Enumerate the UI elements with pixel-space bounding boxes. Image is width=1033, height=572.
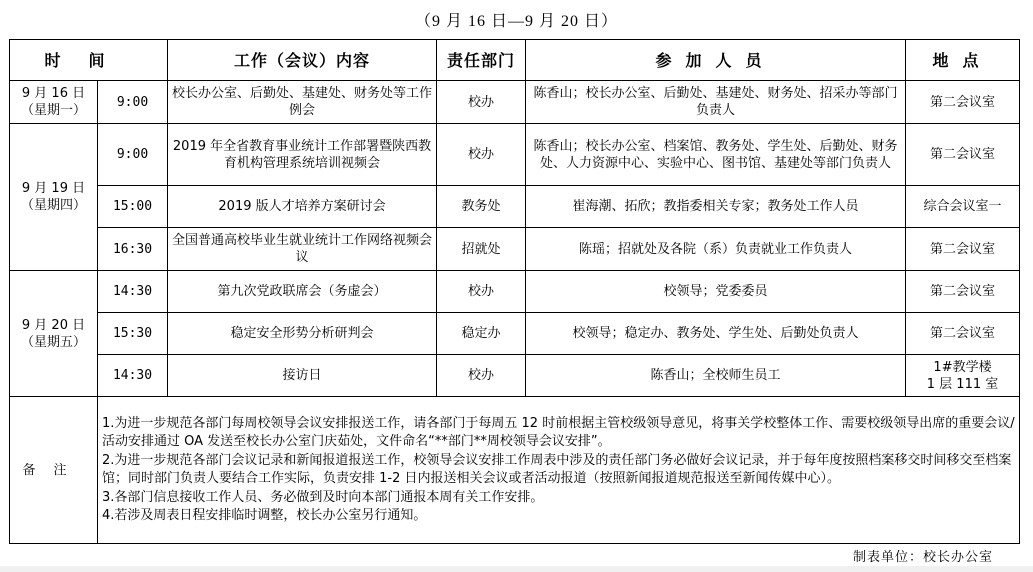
content-cell: 稳定安全形势分析研判会 <box>168 313 437 355</box>
location-cell: 1#教学楼 1 层 111 室 <box>906 355 1020 397</box>
location-cell: 第二会议室 <box>906 313 1020 355</box>
page-bottom-edge <box>0 566 1033 572</box>
location-cell: 第二会议室 <box>906 81 1020 124</box>
department-cell: 校办 <box>437 81 526 124</box>
time-cell: 14:30 <box>98 271 168 313</box>
date-range-title: （9 月 16 日—9 月 20 日） <box>0 8 1033 31</box>
location-cell: 第二会议室 <box>906 124 1020 186</box>
department-cell: 教务处 <box>437 186 526 228</box>
content-cell: 2019 年全省教育事业统计工作部署暨陕西教育机构管理系统培训视频会 <box>168 124 437 186</box>
table-row: 9 月 19 日 （星期四） 9:00 2019 年全省教育事业统计工作部署暨陕… <box>10 124 1020 186</box>
notes-label: 备注 <box>10 397 98 544</box>
header-content: 工作（会议）内容 <box>168 40 437 81</box>
content-cell: 全国普通高校毕业生就业统计工作网络视频会议 <box>168 228 437 271</box>
header-time: 时间 <box>10 40 168 81</box>
note-item: 2.为进一步规范各部门会议记录和新闻报道报送工作，校领导会议安排工作周表中涉及的… <box>102 452 1015 489</box>
notes-content: 1.为进一步规范各部门每周校领导会议安排报送工作，请各部门于每周五 12 时前根… <box>98 397 1020 544</box>
table-row: 16:30 全国普通高校毕业生就业统计工作网络视频会议 招就处 陈瑶；招就处及各… <box>10 228 1020 271</box>
content-cell: 接访日 <box>168 355 437 397</box>
table-row: 14:30 接访日 校办 陈香山；全校师生员工 1#教学楼 1 层 111 室 <box>10 355 1020 397</box>
note-item: 1.为进一步规范各部门每周校领导会议安排报送工作，请各部门于每周五 12 时前根… <box>102 415 1015 452</box>
participants-cell: 陈香山；校长办公室、档案馆、教务处、学生处、后勤处、财务处、人力资源中心、实验中… <box>526 124 906 186</box>
content-cell: 2019 版人才培养方案研讨会 <box>168 186 437 228</box>
participants-cell: 陈香山；全校师生员工 <box>526 355 906 397</box>
table-row: 9 月 20 日 （星期五） 14:30 第九次党政联席会（务虚会） 校办 校领… <box>10 271 1020 313</box>
time-cell: 9:00 <box>98 81 168 124</box>
department-cell: 校办 <box>437 271 526 313</box>
participants-cell: 校领导；党委委员 <box>526 271 906 313</box>
date-cell: 9 月 20 日 （星期五） <box>10 271 98 397</box>
participants-cell: 校领导；稳定办、教务处、学生处、后勤处负责人 <box>526 313 906 355</box>
participants-cell: 崔海潮、拓欣；教指委相关专家；教务处工作人员 <box>526 186 906 228</box>
header-participants: 参加人员 <box>526 40 906 81</box>
date-cell: 9 月 19 日 （星期四） <box>10 124 98 271</box>
time-cell: 15:00 <box>98 186 168 228</box>
time-cell: 16:30 <box>98 228 168 271</box>
header-department: 责任部门 <box>437 40 526 81</box>
time-cell: 9:00 <box>98 124 168 186</box>
note-item: 4.若涉及周表日程安排临时调整，校长办公室另行通知。 <box>102 507 1015 526</box>
weekly-schedule-table: 时间 工作（会议）内容 责任部门 参加人员 地点 9 月 16 日 （星期一） … <box>9 39 1020 544</box>
content-cell: 校长办公室、后勤处、基建处、财务处等工作例会 <box>168 81 437 124</box>
participants-cell: 陈香山；校长办公室、后勤处、基建处、财务处、招采办等部门负责人 <box>526 81 906 124</box>
time-cell: 14:30 <box>98 355 168 397</box>
department-cell: 稳定办 <box>437 313 526 355</box>
table-row: 15:30 稳定安全形势分析研判会 稳定办 校领导；稳定办、教务处、学生处、后勤… <box>10 313 1020 355</box>
date-cell: 9 月 16 日 （星期一） <box>10 81 98 124</box>
header-location: 地点 <box>906 40 1020 81</box>
location-cell: 第二会议室 <box>906 228 1020 271</box>
department-cell: 校办 <box>437 355 526 397</box>
location-cell: 第二会议室 <box>906 271 1020 313</box>
table-row: 9 月 16 日 （星期一） 9:00 校长办公室、后勤处、基建处、财务处等工作… <box>10 81 1020 124</box>
department-cell: 校办 <box>437 124 526 186</box>
location-cell: 综合会议室一 <box>906 186 1020 228</box>
notes-row: 备注 1.为进一步规范各部门每周校领导会议安排报送工作，请各部门于每周五 12 … <box>10 397 1020 544</box>
department-cell: 招就处 <box>437 228 526 271</box>
participants-cell: 陈瑶；招就处及各院（系）负责就业工作负责人 <box>526 228 906 271</box>
prepared-by: 制表单位：校长办公室 <box>853 546 993 565</box>
table-row: 15:00 2019 版人才培养方案研讨会 教务处 崔海潮、拓欣；教指委相关专家… <box>10 186 1020 228</box>
note-item: 3.各部门信息接收工作人员、务必做到及时向本部门通报本周有关工作安排。 <box>102 489 1015 508</box>
content-cell: 第九次党政联席会（务虚会） <box>168 271 437 313</box>
time-cell: 15:30 <box>98 313 168 355</box>
header-row: 时间 工作（会议）内容 责任部门 参加人员 地点 <box>10 40 1020 81</box>
